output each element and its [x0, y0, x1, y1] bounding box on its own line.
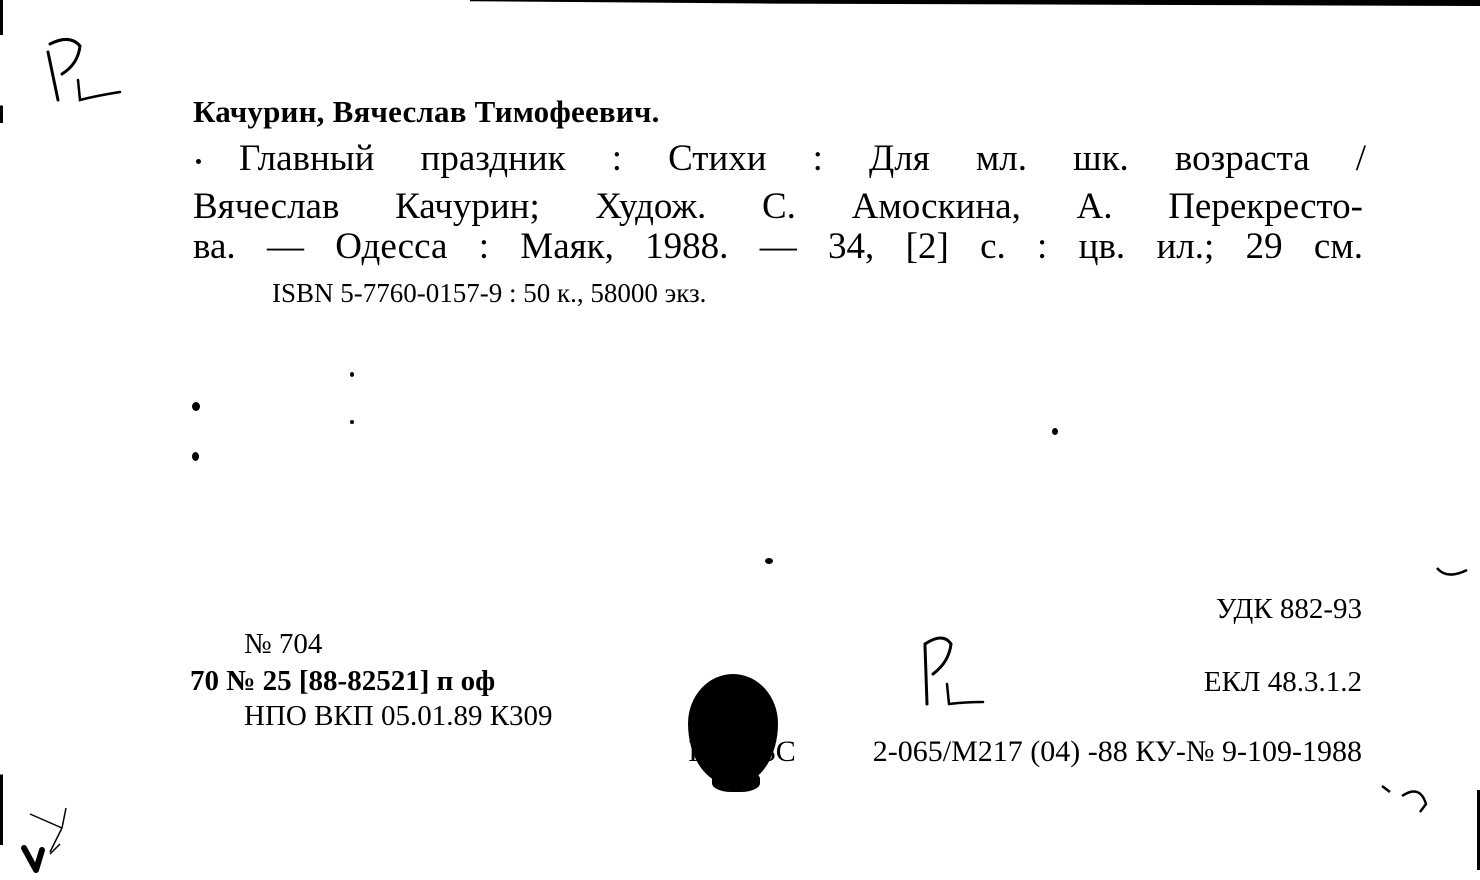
speck: [350, 372, 354, 377]
catalog-card: Качурин, Вячеслав Тимофеевич. Главный пр…: [0, 0, 1480, 880]
scan-edge-left: [0, 0, 3, 880]
scan-edge-top: [470, 0, 1480, 6]
margin-mark: [1380, 780, 1440, 830]
ekl-code: ЕКЛ 48.3.1.2: [1204, 666, 1362, 699]
margin-mark: [1435, 560, 1475, 590]
order-line: 70 № 25 [88-82521] п оф: [190, 665, 495, 698]
speck: [192, 402, 200, 411]
classification-code-line: К 4803С 2-065/М217 (04) -88 КУ-№ 9-109-1…: [688, 735, 1362, 769]
isbn-line: ISBN 5-7760-0157-9 : 50 к., 58000 экз.: [272, 278, 706, 309]
ink-blot-tail: [712, 770, 760, 792]
ink-blot: [688, 674, 778, 784]
code-right: 2-065/М217 (04) -88 КУ-№ 9-109-1988: [873, 735, 1362, 768]
speck: [1052, 428, 1058, 435]
speck: [350, 420, 354, 424]
speck: [192, 452, 199, 461]
handwritten-check-mark: [10, 800, 70, 880]
card-number: № 704: [244, 628, 322, 661]
responsibility-line: Вячеслав Качурин; Худож. С. Амоскина, А.…: [193, 185, 1363, 229]
author-heading: Качурин, Вячеслав Тимофеевич.: [193, 94, 660, 130]
handwritten-shelf-mark-top: [40, 30, 130, 110]
bullet-dot: [196, 159, 201, 164]
handwritten-shelf-mark-bottom: [915, 632, 995, 712]
imprint-line: ва. — Одесса : Маяк, 1988. — 34, [2] с. …: [193, 225, 1363, 269]
speck: [765, 558, 773, 564]
publisher-line: НПО ВКП 05.01.89 К309: [244, 700, 553, 733]
udk-code: УДК 882-93: [1216, 593, 1362, 626]
title-line: Главный праздник : Стихи : Для мл. шк. в…: [196, 137, 1366, 181]
